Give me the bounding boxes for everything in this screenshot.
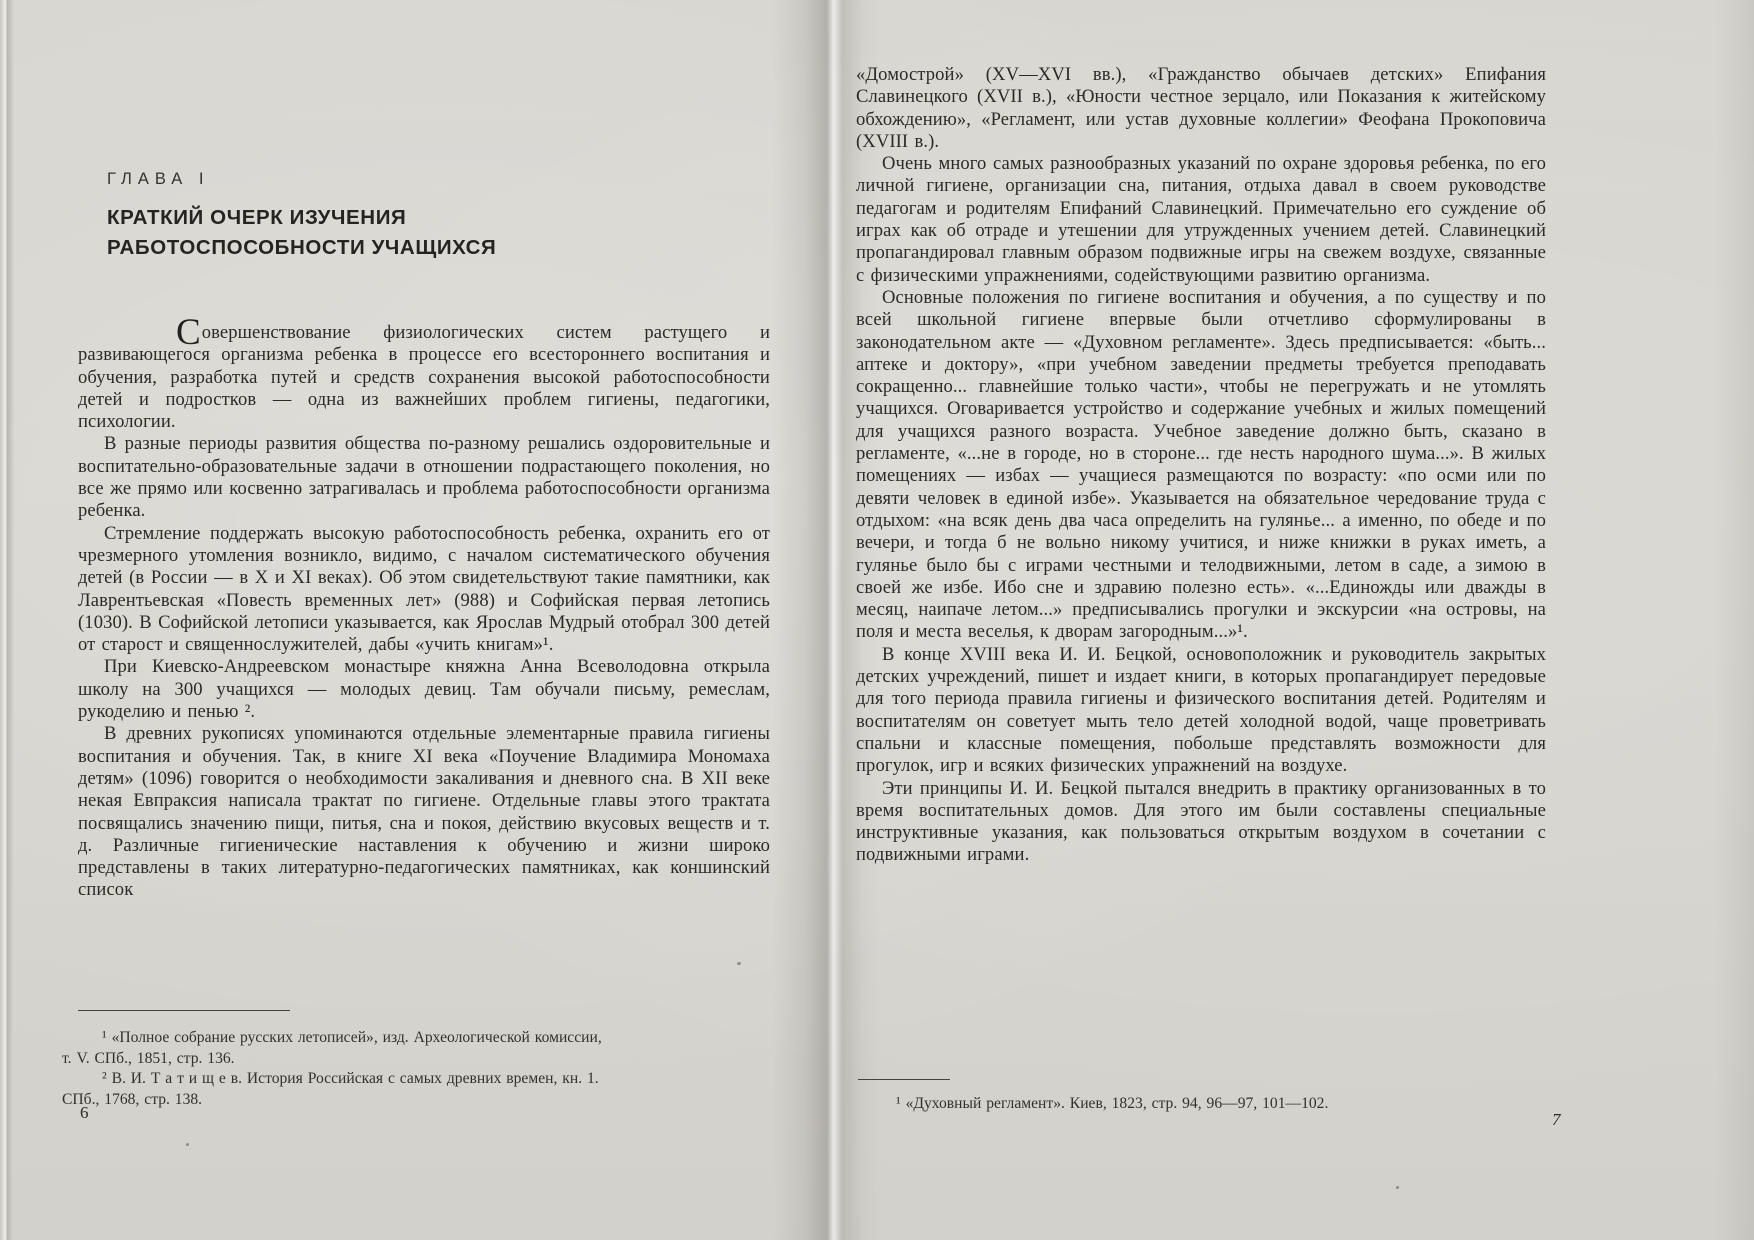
paragraph: При Киевско-Андреевском монастыре княжна… [78, 656, 770, 723]
chapter-heading: КРАТКИЙ ОЧЕРК ИЗУЧЕНИЯ РАБОТОСПОСОБНОСТИ… [107, 203, 496, 263]
paragraph: Эти принципы И. И. Бецкой пытался внедри… [856, 778, 1546, 867]
scan-left-edge [0, 0, 14, 1240]
scan-speck [737, 962, 741, 965]
paragraph: Стремление поддержать высокую работоспос… [78, 523, 770, 657]
page-number-right: 7 [1552, 1110, 1561, 1130]
right-page-body: «Домострой» (XV—XVI вв.), «Гражданство о… [856, 64, 1546, 867]
page-number-left: 6 [80, 1103, 89, 1123]
right-page-footnotes: ¹ «Духовный регламент». Киев, 1823, стр.… [856, 1094, 1546, 1115]
footnote-line: т. V. СПб., 1851, стр. 136. [62, 1049, 726, 1070]
paragraph: В конце XVIII века И. И. Бецкой, основоп… [856, 644, 1546, 778]
chapter-heading-line-2: РАБОТОСПОСОБНОСТИ УЧАЩИХСЯ [107, 233, 496, 263]
footnote-line: ¹ «Полное собрание русских летописей», и… [62, 1028, 726, 1049]
paragraph-lead: Совершенствование физиологических систем… [78, 322, 770, 433]
left-page-body: Совершенствование физиологических систем… [78, 322, 770, 902]
footnote-line: ² В. И. Т а т и щ е в. История Российска… [62, 1069, 726, 1090]
left-page-footnotes: ¹ «Полное собрание русских летописей», и… [62, 1028, 726, 1110]
paragraph: Основные положения по гигиене воспитания… [856, 287, 1546, 644]
footnote-separator [858, 1079, 950, 1080]
footnote-line: ¹ «Духовный регламент». Киев, 1823, стр.… [856, 1094, 1546, 1115]
footnote-separator [78, 1010, 290, 1011]
paragraph: В древних рукописях упоминаются отдельны… [78, 723, 770, 901]
chapter-label: ГЛАВА I [107, 170, 209, 189]
scan-speck [1396, 1186, 1399, 1189]
scan-right-edge [1714, 0, 1754, 1240]
chapter-heading-line-1: КРАТКИЙ ОЧЕРК ИЗУЧЕНИЯ [107, 203, 496, 233]
book-scan-spread: ГЛАВА I КРАТКИЙ ОЧЕРК ИЗУЧЕНИЯ РАБОТОСПО… [0, 0, 1754, 1240]
paragraph: В разные периоды развития общества по-ра… [78, 433, 770, 522]
paragraph: Очень много самых разнообразных указаний… [856, 153, 1546, 287]
scan-speck [186, 1143, 189, 1146]
footnote-line: СПб., 1768, стр. 138. [62, 1090, 726, 1111]
paragraph: «Домострой» (XV—XVI вв.), «Гражданство о… [856, 64, 1546, 153]
